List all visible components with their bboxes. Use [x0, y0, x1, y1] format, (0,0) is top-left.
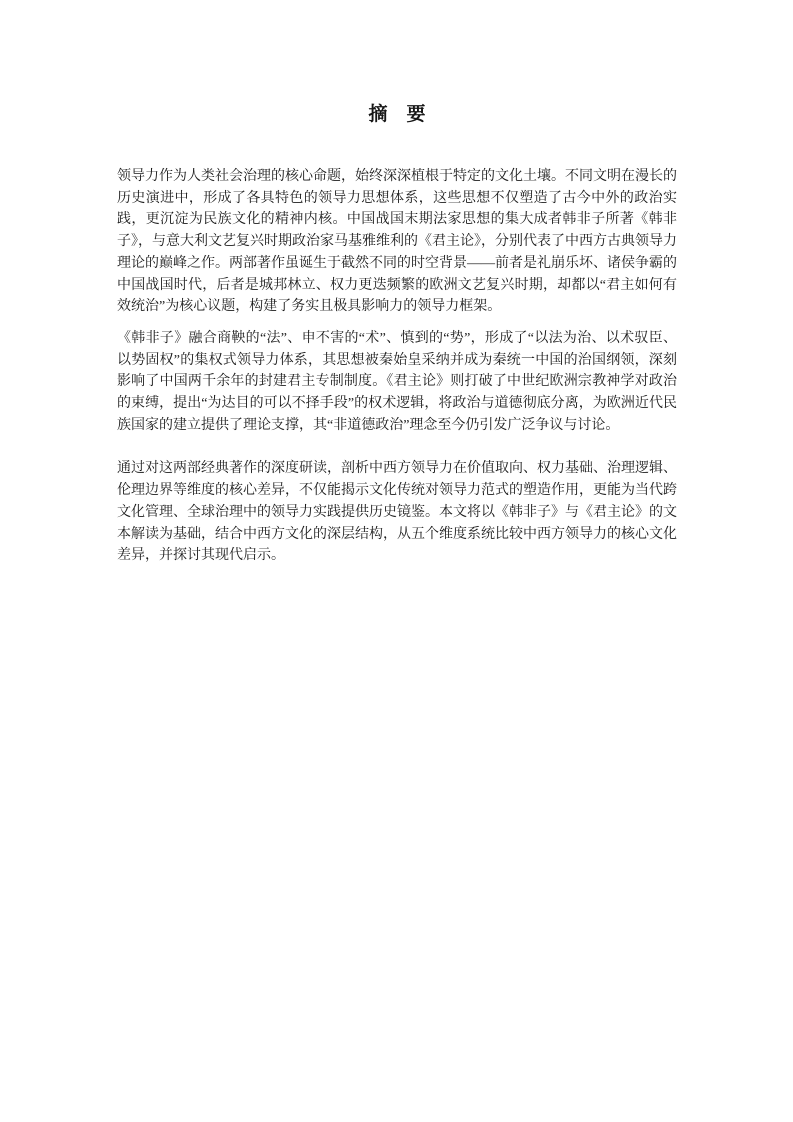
document-page: 摘 要 领导力作为人类社会治理的核心命题，始终深深植根于特定的文化土壤。不同文明…: [0, 0, 793, 1122]
abstract-paragraph-1: 领导力作为人类社会治理的核心命题，始终深深植根于特定的文化土壤。不同文明在漫长的…: [117, 166, 677, 318]
abstract-paragraph-3: 通过对这两部经典著作的深度研读，剖析中西方领导力在价值取向、权力基础、治理逻辑、…: [117, 458, 677, 567]
abstract-paragraph-2: 《韩非子》融合商鞅的“法”、申不害的“术”、慎到的“势”，形成了“以法为治、以术…: [117, 328, 677, 437]
abstract-title: 摘 要: [117, 103, 677, 127]
abstract-content: 摘 要 领导力作为人类社会治理的核心命题，始终深深植根于特定的文化土壤。不同文明…: [0, 0, 793, 567]
